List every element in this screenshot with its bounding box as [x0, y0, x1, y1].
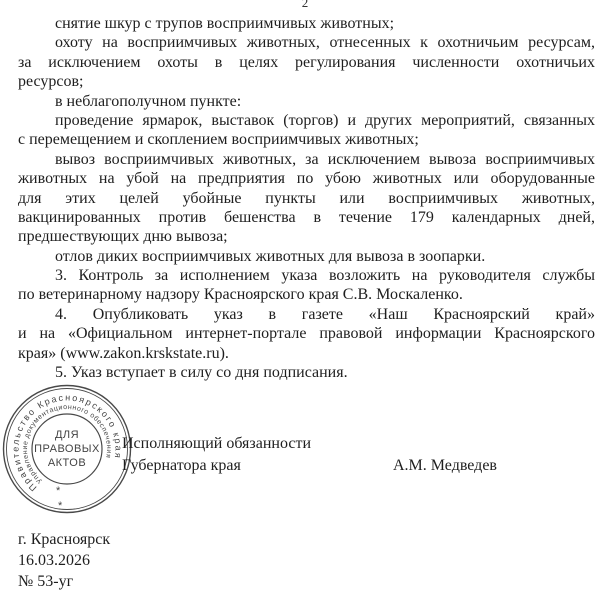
- text-line: для этих целей убойные пункты или воспри…: [18, 189, 595, 208]
- signatory-position: Исполняющий обязанности Губернатора края: [122, 433, 311, 477]
- text-line: ресурсов;: [18, 72, 595, 91]
- document-body: снятие шкур с трупов восприимчивых живот…: [18, 14, 595, 382]
- footer-date: 16.03.2026: [18, 550, 110, 571]
- text-line: вакцинированных против бешенства в течен…: [18, 208, 595, 227]
- text-line: охоту на восприимчивых животных, отнесен…: [18, 33, 595, 52]
- stamp-center-text: АКТОВ: [48, 457, 86, 469]
- signatory-name: А.М. Медведев: [393, 455, 497, 477]
- signatory-position-line: Исполняющий обязанности: [122, 433, 311, 455]
- text-line: 5. Указ вступает в силу со дня подписани…: [18, 363, 595, 382]
- text-line: 4. Опубликовать указ в газете «Наш Красн…: [18, 305, 595, 324]
- document-footer: г. Красноярск 16.03.2026 № 53-уг: [18, 529, 110, 592]
- text-line: животных на убой на предприятия по убою …: [18, 169, 595, 188]
- text-line: вывоз восприимчивых животных, за исключе…: [18, 150, 595, 169]
- footer-city: г. Красноярск: [18, 529, 110, 550]
- text-line: снятие шкур с трупов восприимчивых живот…: [18, 14, 595, 33]
- text-line: за исключением охоты в целях регулирован…: [18, 53, 595, 72]
- text-line: 3. Контроль за исполнением указа возложи…: [18, 266, 595, 285]
- official-stamp: Правительство Красноярского края Управле…: [0, 381, 136, 517]
- stamp-center-text: ДЛЯ: [55, 429, 79, 441]
- scanned-decree-page: { "page": { "number": "2" }, "doc": { "l…: [0, 0, 610, 595]
- text-line: в неблагополучном пункте:: [18, 92, 595, 111]
- text-line: отлов диких восприимчивых животных для в…: [18, 247, 595, 266]
- stamp-center-text: ПРАВОВЫХ: [34, 443, 100, 455]
- text-line: и на «Официальном интернет-портале право…: [18, 324, 595, 343]
- stamp-separator-asterisk: *: [58, 500, 63, 512]
- text-line: предшествующих дню вывоза;: [18, 227, 595, 246]
- text-line: по ветеринарному надзору Красноярского к…: [18, 285, 595, 304]
- page-number: 2: [0, 0, 610, 11]
- signatory-position-line: Губернатора края: [122, 455, 311, 477]
- stamp-separator-asterisk: *: [56, 485, 61, 497]
- text-line: с перемещением и скоплением восприимчивы…: [18, 130, 595, 149]
- text-line: проведение ярмарок, выставок (торгов) и …: [18, 111, 595, 130]
- footer-number: № 53-уг: [18, 571, 110, 592]
- text-line: края» (www.zakon.krskstate.ru).: [18, 344, 595, 363]
